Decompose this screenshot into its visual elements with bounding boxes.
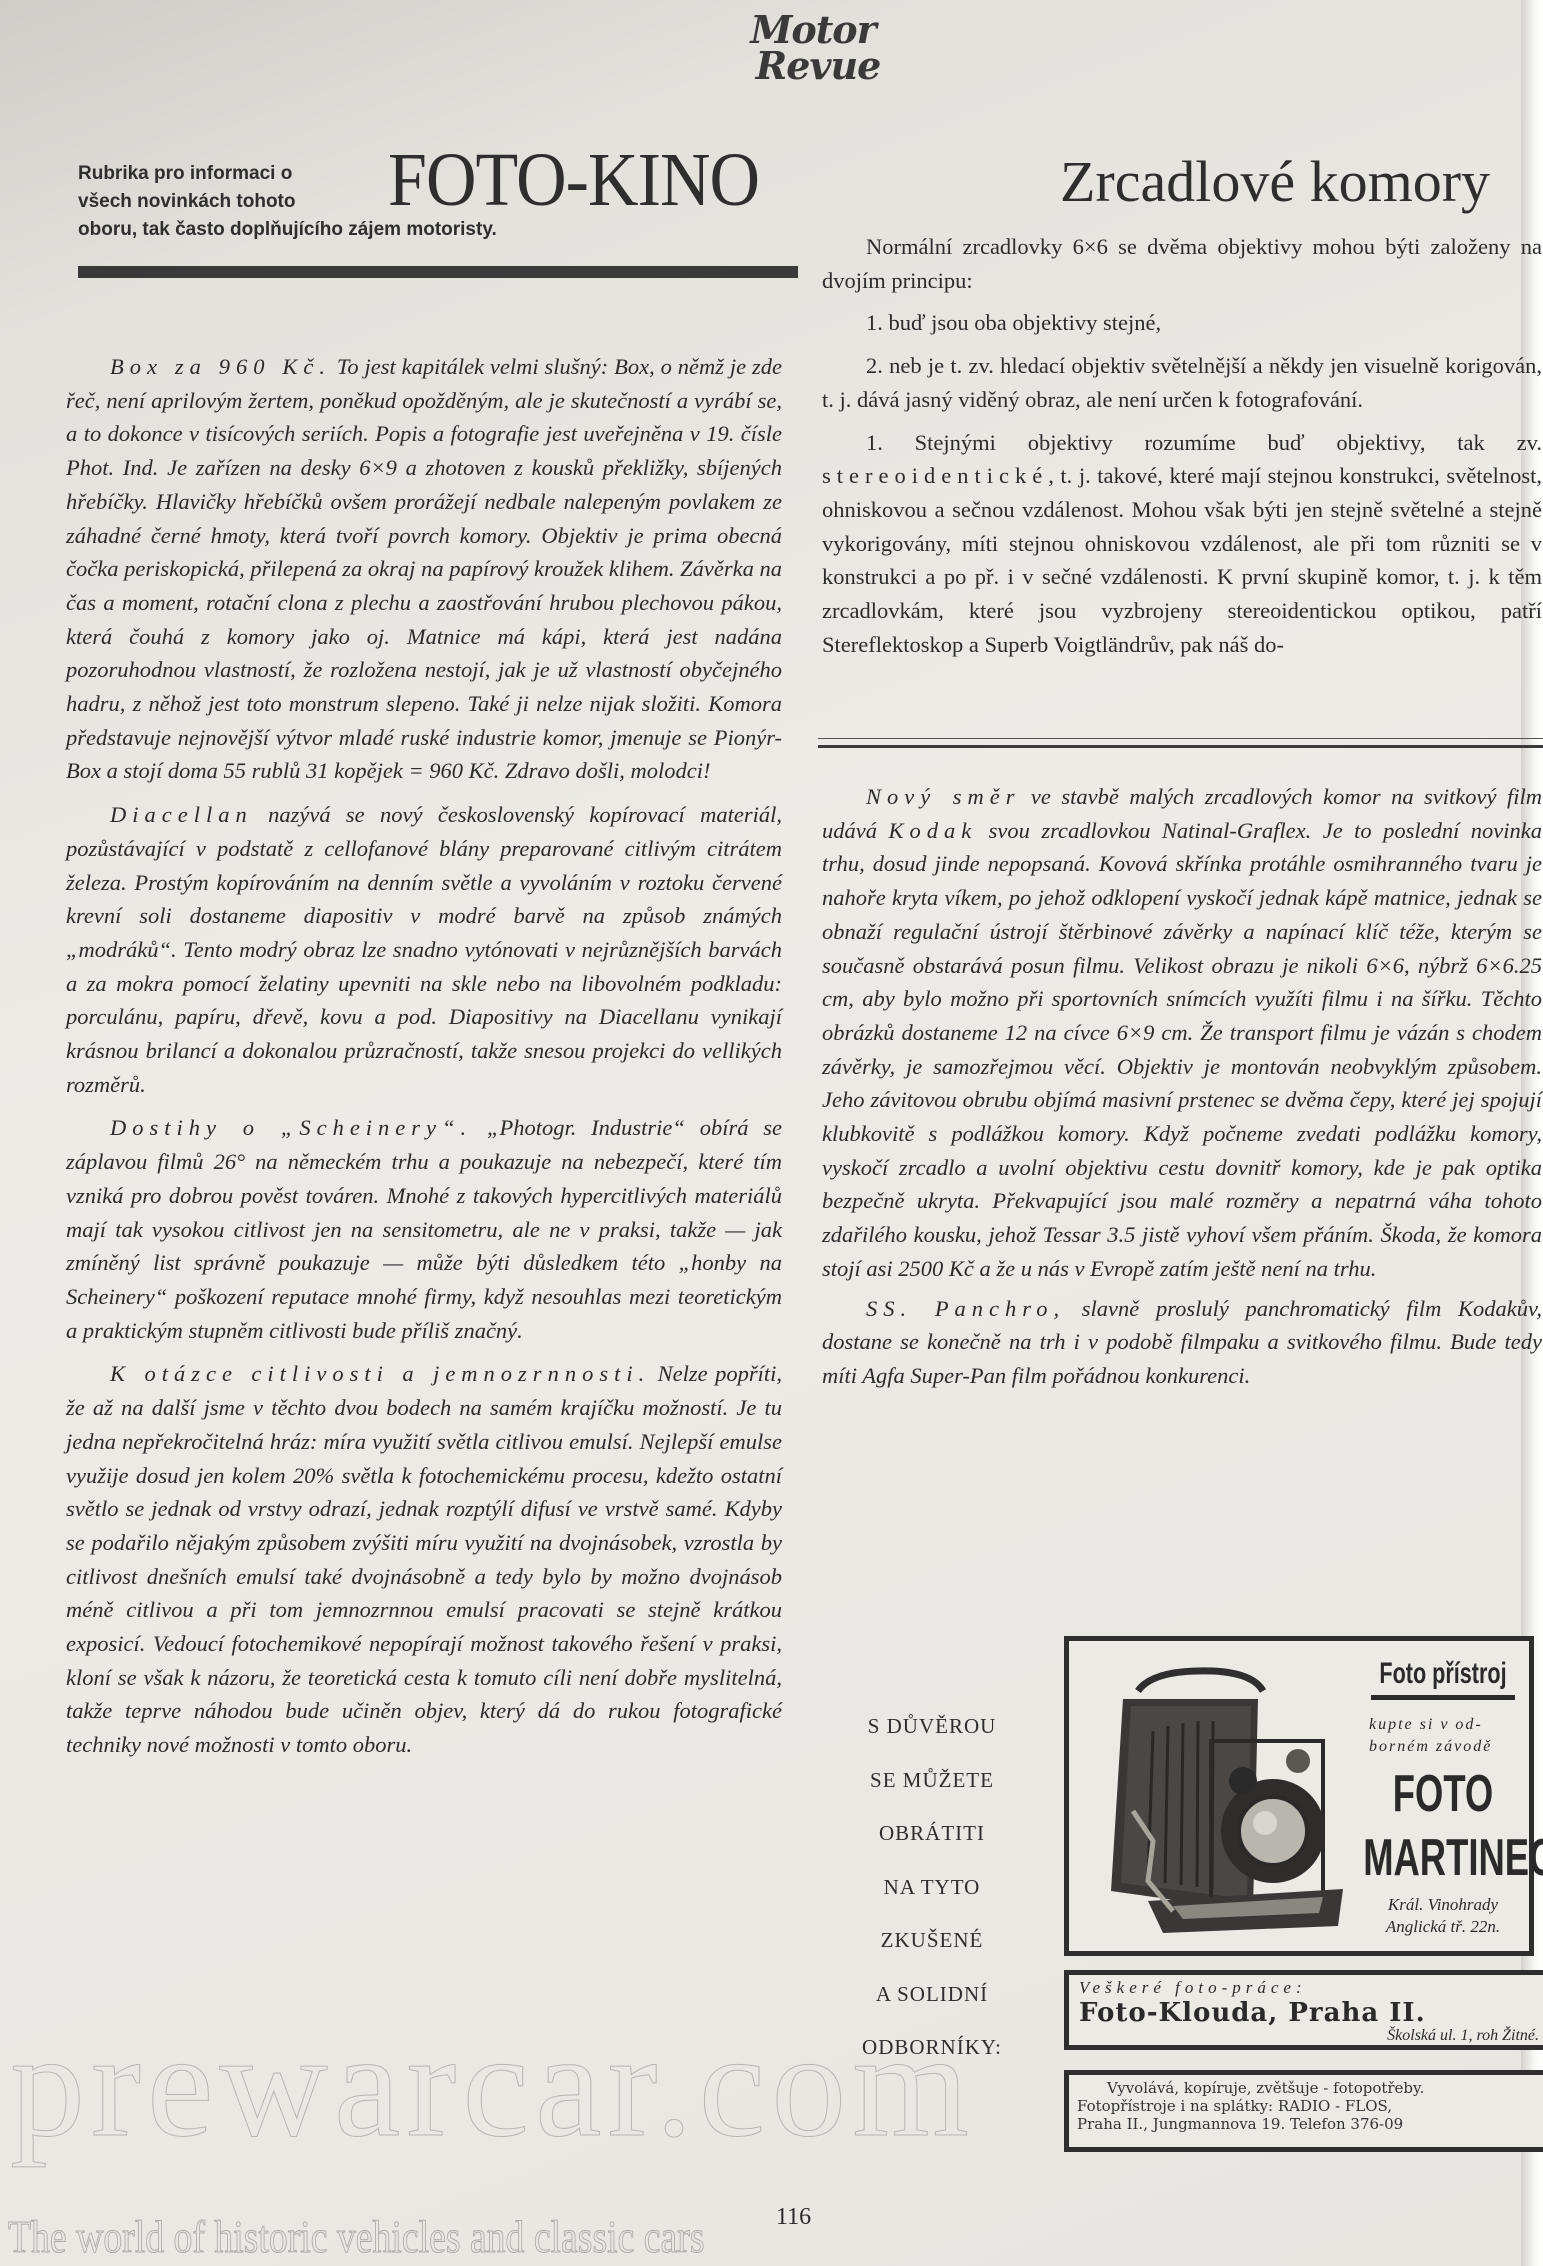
watermark-tagline: The world of historic vehicles and class… <box>8 2212 705 2262</box>
ad-subline: kupte si v od- borném závodě <box>1369 1714 1517 1758</box>
paragraph-text: , t. j. takové, které mají stejnou konst… <box>822 463 1542 657</box>
brand-name: Kodak <box>888 818 977 843</box>
slogan-line: S DŮVĚROU <box>822 1700 1042 1754</box>
paragraph-emphasis: stereoidentické <box>822 463 1048 488</box>
slogan-line: NA TYTO <box>822 1861 1042 1915</box>
ad-shop-name: Foto-Klouda, Praha II. <box>1079 1999 1539 2027</box>
slogan-line: SE MŮŽETE <box>822 1754 1042 1808</box>
paragraph-text: 1. Stejnými objektivy rozumíme buď objek… <box>866 430 1542 455</box>
shop-name-line-2: MARTINEC <box>1363 1830 1523 1886</box>
paragraph-lead: SS. Panchro, <box>866 1296 1065 1321</box>
ad-line: Fotopřístroje i na splátky: RADIO - FLOS… <box>1077 2097 1537 2115</box>
paragraph: Dostihy o „Scheinery“. „Photogr. Industr… <box>66 1111 782 1347</box>
slogan-line: OBRÁTITI <box>822 1807 1042 1861</box>
folding-camera-icon <box>1093 1661 1348 1936</box>
rubric-line: Rubrika pro informaci o <box>78 160 378 188</box>
paragraph-text: svou zrcadlovkou Natinal-Graflex. Je to … <box>822 818 1542 1281</box>
ad-foto-martinec: Foto přístroj kupte si v od- borném závo… <box>1064 1636 1534 1956</box>
page-number: 116 <box>776 2204 811 2231</box>
paragraph-text: nazývá se nový československý kopírovací… <box>66 802 782 1097</box>
right-article-column-bottom: Nový směr ve stavbě malých zrcadlových k… <box>822 780 1542 1393</box>
left-article-column: Box za 960 Kč. To jest kapitálek velmi s… <box>66 350 782 1762</box>
paragraph: Nový směr ve stavbě malých zrcadlových k… <box>822 780 1542 1286</box>
header-rule <box>78 266 798 278</box>
ad-radio-flos: Vyvolává, kopíruje, zvětšuje - fotopotře… <box>1064 2070 1543 2152</box>
paragraph: 2. neb je t. zv. hledací objektiv světel… <box>822 349 1542 416</box>
paragraph-lead: Box za 960 Kč. <box>110 354 331 379</box>
ad-subline-2: borném závodě <box>1369 1736 1517 1758</box>
rubric-line: oboru, tak často doplňujícího zájem moto… <box>78 216 378 244</box>
ad-line: Praha II., Jungmannova 19. Telefon 376-0… <box>1077 2115 1537 2133</box>
paragraph-lead: Nový směr <box>866 784 1020 809</box>
paragraph-text: To jest kapitálek velmi slušný: Box, o n… <box>66 354 782 783</box>
logo-line-2: Revue <box>738 48 898 84</box>
ad-foto-klouda: Veškeré foto-práce: Foto-Klouda, Praha I… <box>1064 1970 1543 2050</box>
rubric-description: Rubrika pro informaci o všech novinkách … <box>78 160 378 244</box>
martinec-text-block: Foto přístroj kupte si v od- borném závo… <box>1369 1657 1517 1938</box>
section-title: FOTO-KINO <box>388 140 759 220</box>
paragraph: 1. Stejnými objektivy rozumíme buď objek… <box>822 426 1542 662</box>
ad-subline-1: kupte si v od- <box>1369 1714 1517 1736</box>
shop-address-line-1: Král. Vinohrady <box>1369 1894 1517 1916</box>
paragraph: 1. buď jsou oba objektivy stejné, <box>822 306 1542 340</box>
shop-address-line-2: Anglická tř. 22n. <box>1369 1916 1517 1938</box>
paragraph-text: Nelze popříti, že až na další jsme v těc… <box>66 1361 782 1757</box>
ad-address: Školská ul. 1, roh Žitné. <box>1079 2027 1539 2045</box>
paragraph: Diacellan nazývá se nový československý … <box>66 798 782 1101</box>
paragraph-text: „Photogr. Industrie“ obírá se záplavou f… <box>66 1115 782 1342</box>
shop-name-line-1: FOTO <box>1363 1766 1523 1822</box>
paragraph: SS. Panchro, slavně proslulý panchromati… <box>822 1292 1542 1393</box>
paragraph-lead: Diacellan <box>110 802 253 827</box>
ad-line: Vyvolává, kopíruje, zvětšuje - fotopotře… <box>1077 2079 1537 2097</box>
paragraph: K otázce citlivosti a jemnozrnnosti. Nel… <box>66 1357 782 1761</box>
column-divider-rule <box>818 738 1543 748</box>
watermark: prewarcar.com <box>10 2010 975 2160</box>
paragraph: Box za 960 Kč. To jest kapitálek velmi s… <box>66 350 782 788</box>
paragraph-lead: Dostihy o „Scheinery“. <box>110 1115 472 1140</box>
paragraph-lead: K otázce citlivosti a jemnozrnnosti. <box>110 1361 650 1386</box>
motor-revue-logo: Motor Revue <box>728 12 898 84</box>
right-article-column-top: Normální zrcadlovky 6×6 se dvěma objekti… <box>822 230 1542 670</box>
ad-headline: Foto přístroj <box>1371 1657 1515 1700</box>
slogan-line: ZKUŠENÉ <box>822 1914 1042 1968</box>
article-title: Zrcadlové komory <box>1060 150 1543 214</box>
paragraph: Normální zrcadlovky 6×6 se dvěma objekti… <box>822 230 1542 297</box>
ad-tagline: Veškeré foto-práce: <box>1079 1977 1539 1999</box>
rubric-line: všech novinkách tohoto <box>78 188 378 216</box>
